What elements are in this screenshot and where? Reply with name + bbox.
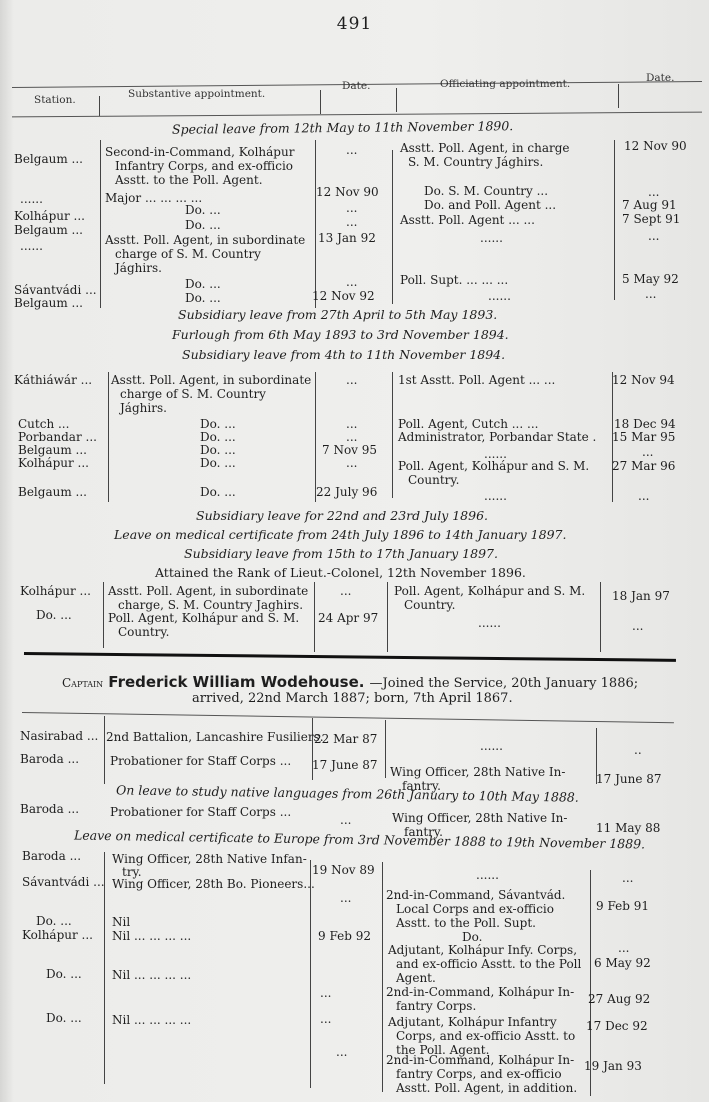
column-divider — [392, 150, 393, 304]
officiating-cell: Asstt. Poll. Agent, in charge — [400, 142, 570, 155]
substantive-cell: Asstt. Poll. Agent, in subordinate — [105, 234, 305, 247]
column-divider — [315, 372, 316, 502]
date-cell: 7 Sept 91 — [622, 213, 680, 226]
header-substantive: Substantive appointment. — [128, 88, 265, 100]
station-cell: Baroda ... — [20, 753, 79, 766]
officiating-cell: Asstt. to the Poll. Supt. — [396, 917, 536, 930]
officiating-cell: Do. and Poll. Agent ... — [424, 199, 556, 212]
date-cell: 13 Jan 92 — [318, 232, 376, 245]
section-separator — [24, 652, 676, 662]
officiating-cell: ...... — [488, 290, 511, 303]
officiating-cell: ...... — [480, 232, 503, 245]
station-cell: Belgaum ... — [18, 486, 87, 499]
substantive-cell: Jághirs. — [120, 402, 167, 415]
date-cell: 17 June 87 — [596, 773, 662, 786]
date-cell: .. — [634, 744, 642, 757]
header-date: Date. — [342, 80, 370, 92]
date-cell: 15 Mar 95 — [612, 431, 675, 444]
officer-name: Frederick William Wodehouse. — [108, 673, 364, 691]
date-cell: 24 Apr 97 — [318, 612, 378, 625]
substantive-cell: Country. — [118, 626, 169, 639]
officiating-cell: ...... — [480, 740, 503, 753]
officiating-cell: Do. S. M. Country ... — [424, 185, 548, 198]
column-divider — [614, 140, 615, 300]
header-bottom-rule — [12, 112, 702, 118]
date-cell: 12 Nov 92 — [312, 290, 375, 303]
column-divider — [382, 862, 383, 1092]
header-station: Station. — [34, 94, 76, 106]
officiating-cell: Wing Officer, 28th Native In- — [392, 812, 567, 825]
station-cell: Do. ... — [46, 1012, 82, 1025]
officiating-cell: Poll. Supt. ... ... ... — [400, 274, 508, 287]
header-divider — [320, 90, 321, 114]
column-divider — [387, 582, 388, 652]
officiating-cell: fantry. — [402, 780, 441, 793]
date-cell: ... — [346, 457, 357, 470]
leave-note: Special leave from 12th May to 11th Nove… — [172, 118, 513, 137]
substantive-cell: Do. ... — [185, 278, 221, 291]
officiating-cell: Country. — [408, 474, 459, 487]
station-cell: Do. ... — [46, 968, 82, 981]
officiating-cell: 1st Asstt. Poll. Agent ... ... — [398, 374, 555, 387]
header-divider — [99, 96, 100, 116]
column-divider — [600, 582, 601, 652]
substantive-cell: 2nd Battalion, Lancashire Fusiliers. — [106, 731, 324, 744]
substantive-cell: Nil ... ... ... ... — [112, 969, 191, 982]
header-date-2: Date. — [646, 72, 674, 84]
officiating-cell: Local Corps and ex-officio — [396, 903, 554, 916]
date-cell: ... — [346, 374, 357, 387]
date-cell: ... — [336, 1046, 347, 1059]
officiating-cell: 2nd-in-Command, Kolhápur In- — [386, 1054, 574, 1067]
officer-arrival: arrived, 22nd March 1887; born, 7th Apri… — [192, 692, 513, 705]
table-rule — [22, 712, 674, 723]
date-cell: ... — [340, 892, 351, 905]
date-cell: ... — [340, 585, 351, 598]
leave-note: Leave on medical certificate to Europe f… — [74, 828, 645, 852]
officiating-cell: Asstt. Poll. Agent ... ... — [400, 214, 535, 227]
date-cell: ... — [346, 144, 357, 157]
substantive-cell: charge of S. M. Country — [120, 388, 266, 401]
date-cell: 19 Nov 89 — [312, 864, 375, 877]
substantive-cell: Do. ... — [200, 457, 236, 470]
substantive-cell: Probationer for Staff Corps ... — [110, 755, 291, 768]
date-cell: ... — [642, 446, 653, 459]
station-cell: Kolhápur ... — [20, 585, 91, 598]
station-cell: Baroda ... — [22, 850, 81, 863]
officiating-cell: Administrator, Porbandar State . — [398, 431, 596, 444]
station-cell: Káthiáwár ... — [14, 374, 92, 387]
leave-note: Subsidiary leave from 27th April to 5th … — [178, 307, 497, 322]
station-cell: Belgaum ... — [14, 224, 83, 237]
station-cell: Nasirabad ... — [20, 730, 98, 743]
substantive-cell: Nil ... ... ... ... — [112, 1014, 191, 1027]
substantive-cell: Probationer for Staff Corps ... — [110, 806, 291, 819]
substantive-cell: Poll. Agent, Kolhápur and S. M. — [108, 612, 299, 625]
date-cell: 5 May 92 — [622, 273, 679, 286]
officiating-cell: Corps, and ex-officio Asstt. to — [396, 1030, 575, 1043]
column-divider — [103, 582, 104, 648]
date-cell: 6 May 92 — [594, 957, 651, 970]
substantive-cell: Infantry Corps, and ex-officio — [115, 160, 293, 173]
officiating-cell: fantry Corps. — [396, 1000, 476, 1013]
substantive-cell: Asstt. to the Poll. Agent. — [115, 174, 263, 187]
substantive-cell: Nil ... ... ... ... — [112, 930, 191, 943]
leave-note: Subsidiary leave for 22nd and 23rd July … — [196, 508, 488, 523]
station-cell: Belgaum ... — [14, 297, 83, 310]
column-divider — [392, 372, 393, 498]
date-cell: ... — [340, 814, 351, 827]
substantive-cell: Do. ... — [185, 204, 221, 217]
officiating-cell: Agent. — [396, 972, 436, 985]
column-divider — [104, 716, 105, 784]
officiating-cell: 2nd-in-Command, Kolhápur In- — [386, 986, 574, 999]
officiating-cell: S. M. Country Jághirs. — [408, 156, 543, 169]
date-cell: ... — [648, 230, 659, 243]
leave-note: Subsidiary leave from 4th to 11th Novemb… — [182, 347, 505, 362]
date-cell: ... — [320, 987, 331, 1000]
officiating-cell: 2nd-in-Command, Sávantvád. — [386, 889, 565, 902]
date-cell: ... — [645, 288, 656, 301]
officiating-cell: Adjutant, Kolhápur Infy. Corps, — [388, 944, 577, 957]
station-cell: Kolhápur ... — [18, 457, 89, 470]
date-cell: 12 Nov 90 — [316, 186, 379, 199]
substantive-cell: Nil — [112, 916, 130, 929]
leave-note: Furlough from 6th May 1893 to 3rd Novemb… — [172, 327, 509, 342]
officer-heading: Captain Frederick William Wodehouse. —Jo… — [62, 672, 638, 691]
officiating-cell: and ex-officio Asstt. to the Poll — [396, 958, 581, 971]
date-cell: ... — [632, 620, 643, 633]
column-divider — [385, 720, 386, 778]
station-cell: Kolhápur ... — [14, 210, 85, 223]
header-officiating: Officiating appointment. — [440, 78, 570, 90]
substantive-cell: Asstt. Poll. Agent, in subordinate — [108, 585, 308, 598]
station-cell: ...... — [20, 240, 43, 253]
date-cell: ... — [618, 942, 629, 955]
date-cell: ... — [638, 490, 649, 503]
officiating-cell: ...... — [484, 490, 507, 503]
date-cell: 17 Dec 92 — [586, 1020, 648, 1033]
rank-note: Attained the Rank of Lieut.-Colonel, 12t… — [155, 566, 526, 579]
column-divider — [100, 140, 101, 308]
substantive-cell: Wing Officer, 28th Bo. Pioneers... — [112, 878, 315, 891]
column-divider — [314, 582, 315, 652]
date-cell: ... — [320, 1013, 331, 1026]
officiating-cell: Poll. Agent, Kolhápur and S. M. — [394, 585, 585, 598]
date-cell: 11 May 88 — [596, 822, 660, 835]
date-cell: 27 Mar 96 — [612, 460, 675, 473]
date-cell: 18 Jan 97 — [612, 590, 670, 603]
column-divider — [310, 860, 311, 1088]
substantive-cell: Jághirs. — [115, 262, 162, 275]
substantive-cell: Asstt. Poll. Agent, in subordinate — [111, 374, 311, 387]
date-cell: 19 Jan 93 — [584, 1060, 642, 1073]
station-cell: Kolhápur ... — [22, 929, 93, 942]
officiating-cell: Adjutant, Kolhápur Infantry — [388, 1016, 557, 1029]
date-cell: ... — [622, 872, 633, 885]
date-cell: ... — [346, 276, 357, 289]
station-cell: Do. ... — [36, 609, 72, 622]
substantive-cell: Second-in-Command, Kolhápur — [105, 146, 294, 159]
officiating-cell: ...... — [478, 617, 501, 630]
document-page: 491 Station. Substantive appointment. Da… — [0, 0, 709, 1102]
leave-note: On leave to study native languages from … — [116, 782, 579, 804]
officiating-cell: Poll. Agent, Kolhápur and S. M. — [398, 460, 589, 473]
substantive-cell: Do. ... — [185, 219, 221, 232]
officer-service: —Joined the Service, 20th January 1886; — [370, 676, 639, 691]
leave-note: Leave on medical certificate from 24th J… — [114, 527, 566, 542]
station-cell: ...... — [20, 193, 43, 206]
officiating-cell: Country. — [404, 599, 455, 612]
substantive-cell: Do. ... — [185, 292, 221, 305]
header-divider — [396, 88, 397, 112]
date-cell: 12 Nov 90 — [624, 140, 687, 153]
column-divider — [315, 140, 316, 308]
substantive-cell: Do. ... — [200, 486, 236, 499]
header-divider — [618, 84, 619, 108]
station-cell: Belgaum ... — [14, 153, 83, 166]
officiating-cell: fantry. — [404, 826, 443, 839]
officiating-cell: Wing Officer, 28th Native In- — [390, 766, 565, 779]
page-number: 491 — [0, 14, 709, 34]
date-cell: 9 Feb 92 — [318, 930, 371, 943]
date-cell: 12 Nov 94 — [612, 374, 675, 387]
date-cell: ... — [346, 216, 357, 229]
column-divider — [108, 372, 109, 502]
station-cell: Baroda ... — [20, 803, 79, 816]
officiating-cell: Asstt. Poll. Agent, in addition. — [396, 1082, 577, 1095]
leave-note: Subsidiary leave from 15th to 17th Janua… — [184, 546, 498, 561]
date-cell: 17 June 87 — [312, 759, 378, 772]
station-cell: Do. ... — [36, 915, 72, 928]
officiating-cell: fantry Corps, and ex-officio — [396, 1068, 562, 1081]
officiating-cell: ...... — [476, 869, 499, 882]
date-cell: ... — [346, 202, 357, 215]
date-cell: 22 July 96 — [316, 486, 377, 499]
date-cell: 9 Feb 91 — [596, 900, 649, 913]
date-cell: 27 Aug 92 — [588, 993, 650, 1006]
substantive-cell: charge of S. M. Country — [115, 248, 261, 261]
officer-rank: Captain — [62, 676, 103, 690]
date-cell: 7 Aug 91 — [622, 199, 677, 212]
station-cell: Sávantvádi ... — [22, 876, 105, 889]
date-cell: 22 Mar 87 — [314, 733, 377, 746]
